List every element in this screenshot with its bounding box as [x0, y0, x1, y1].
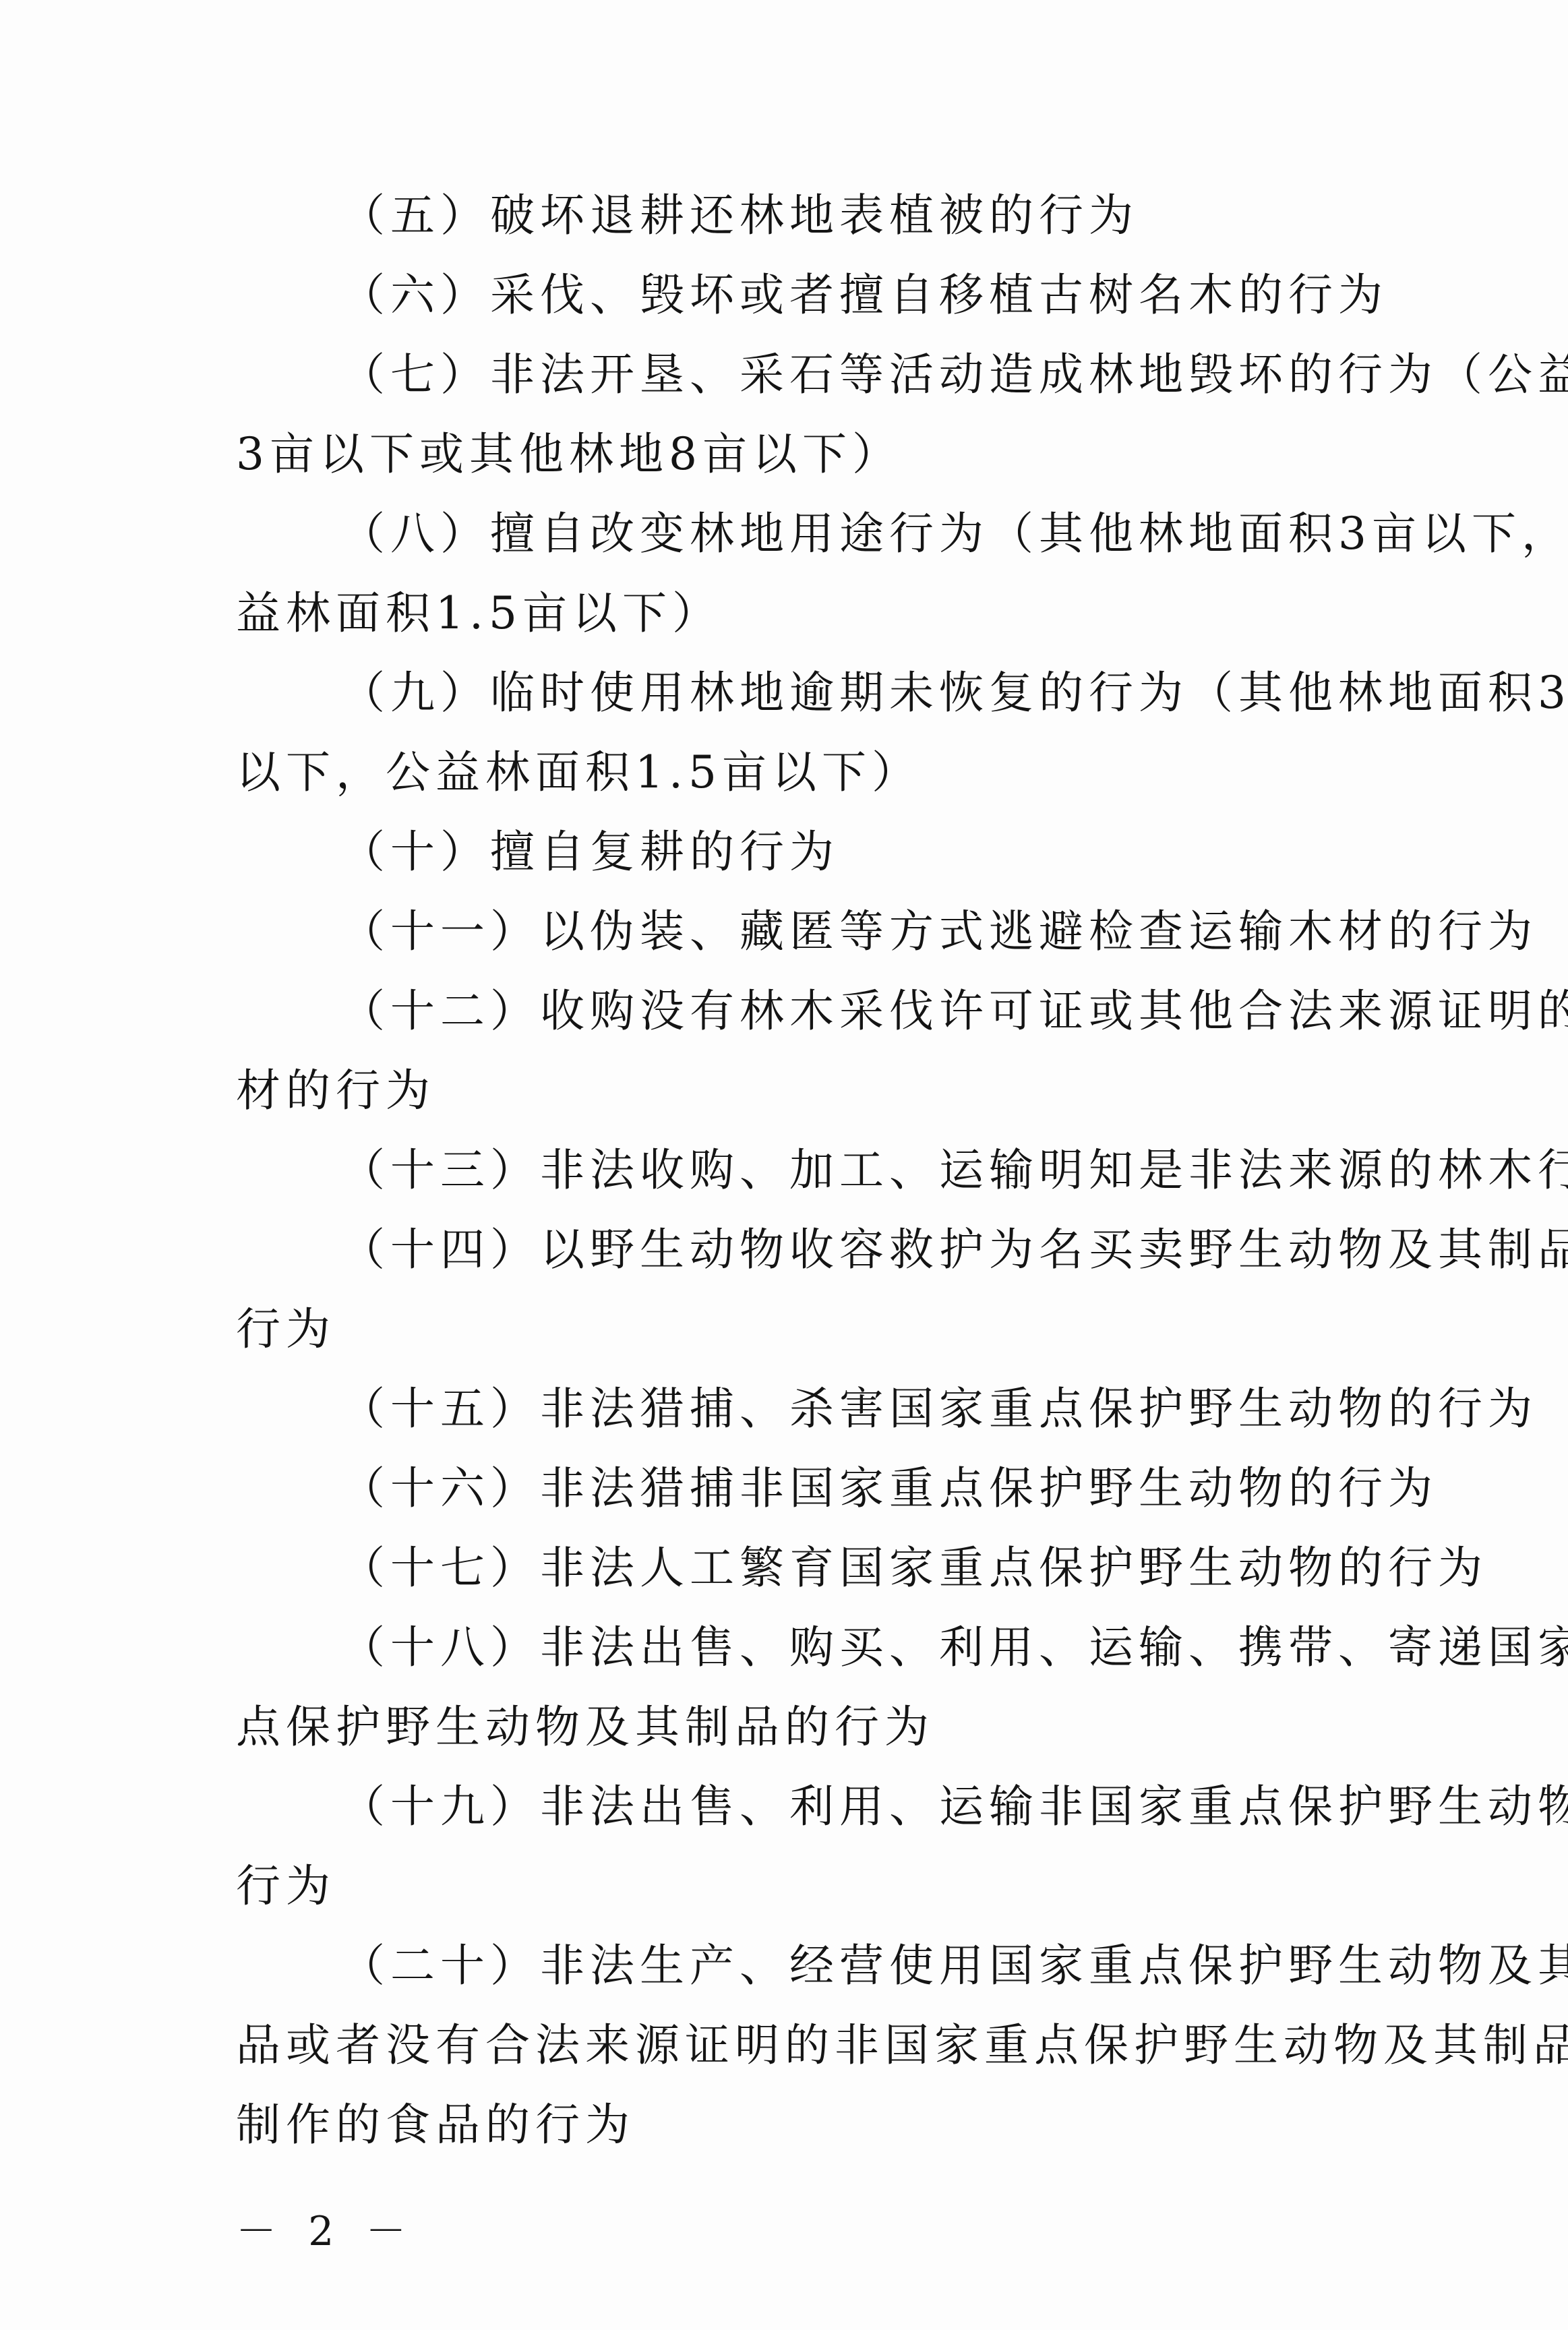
- list-item-start: （二十）非法生产、经营使用国家重点保护野生动物及其制: [340, 1936, 1568, 1996]
- list-item-continuation: 以下，公益林面积1.5亩以下）: [236, 742, 1517, 803]
- list-item-start: （七）非法开垦、采石等活动造成林地毁坏的行为（公益林: [340, 345, 1568, 405]
- list-item-start: （六）采伐、毁坏或者擅自移植古树名木的行为: [340, 265, 1568, 326]
- list-item-start: （十八）非法出售、购买、利用、运输、携带、寄递国家重: [340, 1617, 1568, 1678]
- list-item-start: （十七）非法人工繁育国家重点保护野生动物的行为: [340, 1538, 1568, 1599]
- list-item-start: （九）临时使用林地逾期未恢复的行为（其他林地面积3亩: [340, 663, 1568, 723]
- list-item-continuation: 3亩以下或其他林地8亩以下）: [236, 424, 1517, 485]
- list-item-continuation: 益林面积1.5亩以下）: [236, 583, 1517, 644]
- list-item-continuation: 行为: [236, 1299, 1517, 1360]
- list-item-start: （十九）非法出售、利用、运输非国家重点保护野生动物的: [340, 1776, 1568, 1837]
- list-item-start: （十二）收购没有林木采伐许可证或其他合法来源证明的木: [340, 981, 1568, 1042]
- list-item-continuation: 点保护野生动物及其制品的行为: [236, 1697, 1517, 1758]
- list-item-start: （十六）非法猎捕非国家重点保护野生动物的行为: [340, 1458, 1568, 1519]
- document-page: （五）破坏退耕还林地表植被的行为（六）采伐、毁坏或者擅自移植古树名木的行为（七）…: [0, 0, 1568, 2330]
- list-item-start: （八）擅自改变林地用途行为（其他林地面积3亩以下，公: [340, 504, 1568, 564]
- list-item-start: （十）擅自复耕的行为: [340, 822, 1568, 883]
- list-item-start: （十三）非法收购、加工、运输明知是非法来源的林木行为: [340, 1140, 1568, 1201]
- list-item-start: （十四）以野生动物收容救护为名买卖野生动物及其制品的: [340, 1220, 1568, 1280]
- list-item-continuation: 品或者没有合法来源证明的非国家重点保护野生动物及其制品: [236, 2015, 1517, 2076]
- list-item-continuation: 行为: [236, 1856, 1517, 1917]
- list-item-start: （五）破坏退耕还林地表植被的行为: [340, 185, 1568, 246]
- list-item-continuation: 材的行为: [236, 1061, 1517, 1121]
- list-item-start: （十一）以伪装、藏匿等方式逃避检查运输木材的行为: [340, 901, 1568, 962]
- page-number: － 2 －: [236, 2205, 415, 2259]
- list-item-start: （十五）非法猎捕、杀害国家重点保护野生动物的行为: [340, 1379, 1568, 1439]
- list-item-continuation: 制作的食品的行为: [236, 2095, 1517, 2155]
